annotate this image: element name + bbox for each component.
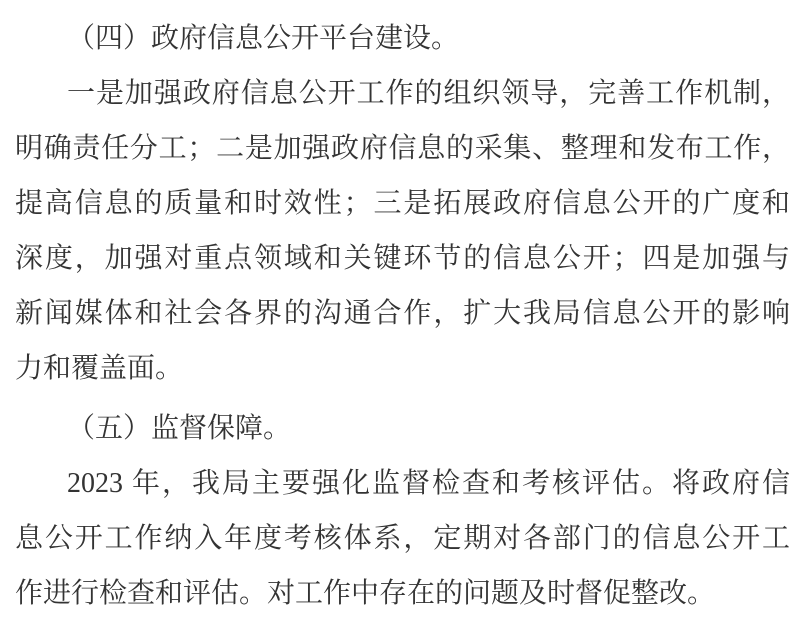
paragraph-line: 一是加强政府信息公开工作的组织领导，完善工作机制， [15,66,790,121]
paragraph-line: 息公开工作纳入年度考核体系，定期对各部门的信息公开工 [15,511,790,566]
paragraph-line: 明确责任分工；二是加强政府信息的采集、整理和发布工作， [15,121,790,176]
heading-section-5: （五）监督保障。 [15,401,790,456]
paragraph-line: 作进行检查和评估。对工作中存在的问题及时督促整改。 [15,566,790,621]
paragraph-line: 力和覆盖面。 [15,341,790,396]
document-page: （四）政府信息公开平台建设。 一是加强政府信息公开工作的组织领导，完善工作机制，… [0,0,807,621]
paragraph-line: 深度，加强对重点领域和关键环节的信息公开；四是加强与 [15,231,790,286]
heading-section-4: （四）政府信息公开平台建设。 [15,11,790,66]
paragraph-line: 2023 年，我局主要强化监督检查和考核评估。将政府信 [15,456,790,511]
paragraph-line: 提高信息的质量和时效性；三是拓展政府信息公开的广度和 [15,176,790,231]
paragraph-line: 新闻媒体和社会各界的沟通合作，扩大我局信息公开的影响 [15,286,790,341]
